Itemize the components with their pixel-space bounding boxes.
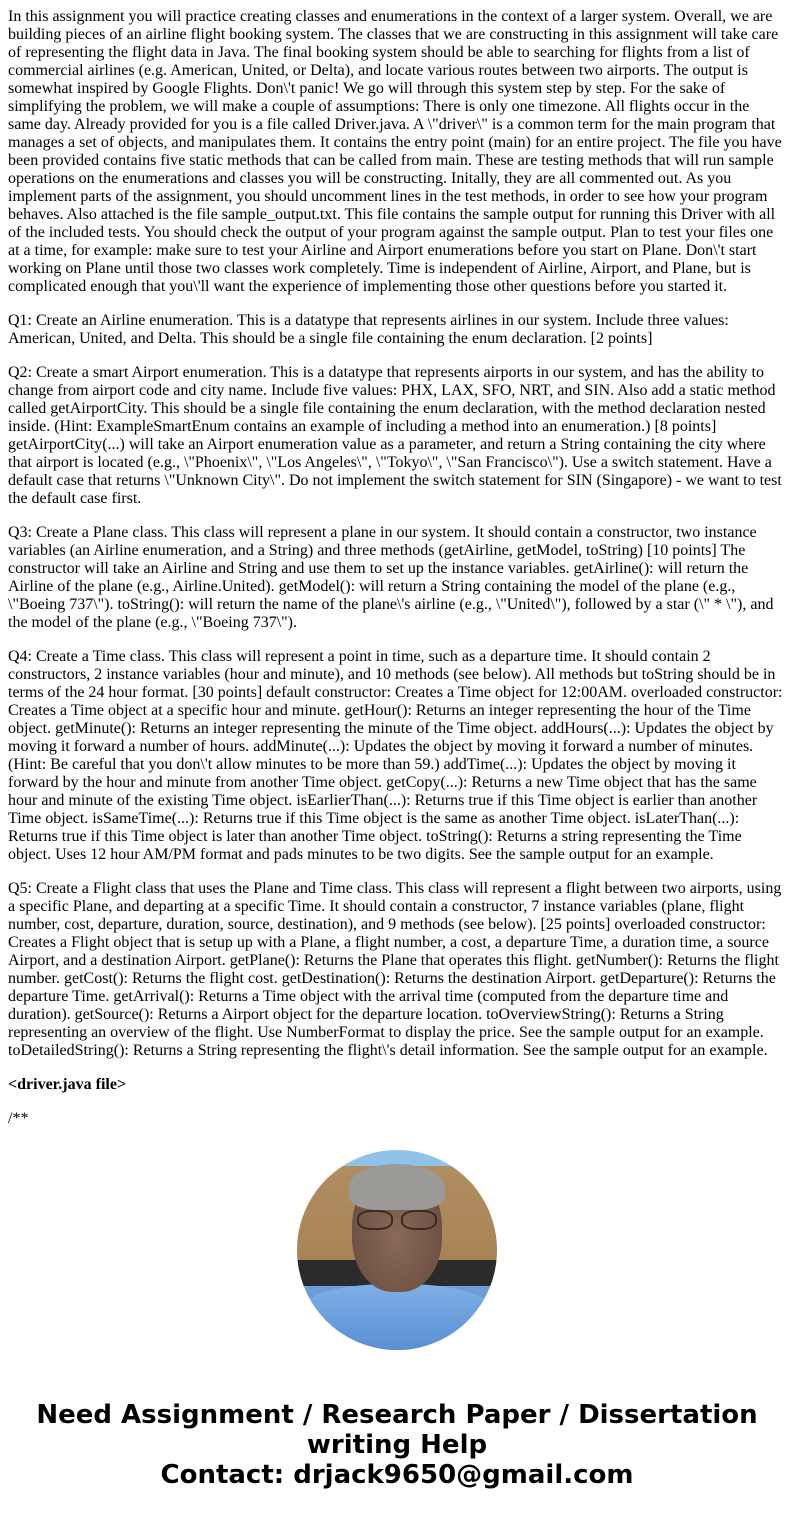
hair-shape [349, 1164, 445, 1210]
shirt-shape [297, 1284, 497, 1350]
question-2: Q2: Create a smart Airport enumeration. … [8, 364, 786, 508]
promo-line-1: Need Assignment / Research Paper / Disse… [20, 1400, 774, 1430]
promo-line-2: writing Help [20, 1430, 774, 1460]
promo-contact: Contact: drjack9650@gmail.com [20, 1460, 774, 1490]
driver-file-heading: <driver.java file> [8, 1076, 786, 1094]
document-body: In this assignment you will practice cre… [0, 0, 794, 1128]
question-4: Q4: Create a Time class. This class will… [8, 648, 786, 864]
glasses-icon [357, 1210, 437, 1232]
intro-paragraph: In this assignment you will practice cre… [8, 8, 786, 296]
question-5: Q5: Create a Flight class that uses the … [8, 880, 786, 1060]
promo-banner: Need Assignment / Research Paper / Disse… [0, 1400, 794, 1490]
code-comment-start: /** [8, 1110, 786, 1128]
avatar-container [0, 1150, 794, 1350]
person-portrait-icon [297, 1150, 497, 1350]
question-1: Q1: Create an Airline enumeration. This … [8, 312, 786, 348]
question-3: Q3: Create a Plane class. This class wil… [8, 524, 786, 632]
